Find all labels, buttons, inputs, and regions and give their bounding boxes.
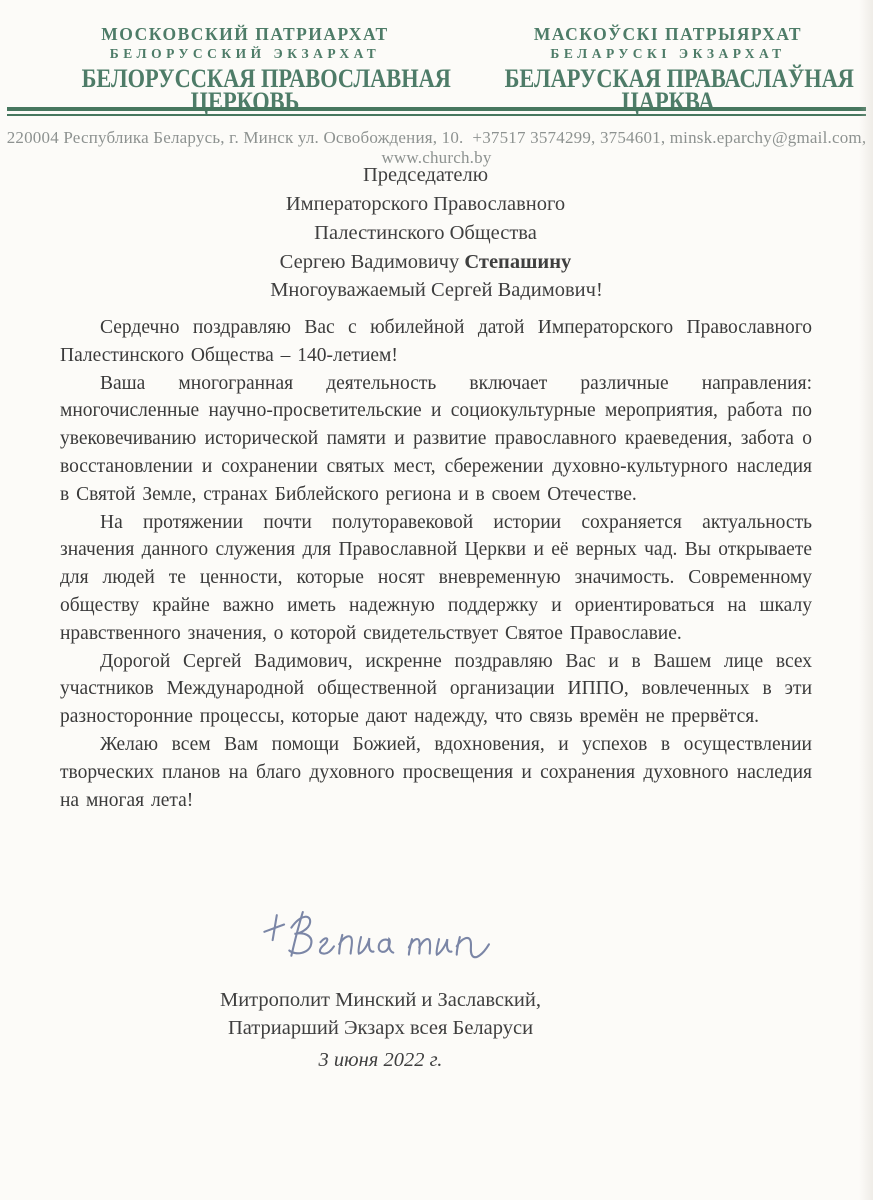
letter-page: МОСКОВСКИЙ ПАТРИАРХАТ БЕЛОРУССКИЙ ЭКЗАРХ… (0, 0, 873, 1200)
letterhead-ru-exarchate: БЕЛОРУССКИЙ ЭКЗАРХАТ (55, 45, 435, 62)
letterhead-rule-thin (7, 114, 866, 116)
signature-ink-strokes (256, 900, 516, 974)
letterhead-ru-patriarchate: МОСКОВСКИЙ ПАТРИАРХАТ (55, 24, 435, 44)
signoff-title-line2: Патриарший Экзарх всея Беларуси (0, 1014, 817, 1042)
paragraph-4: Дорогой Сергей Вадимович, искренне поздр… (60, 648, 812, 731)
handwritten-signature (256, 900, 516, 974)
recipient-name-line: Сергею Вадимовичу Степашину (0, 248, 862, 277)
signoff-title-line1: Митрополит Минский и Заславский, (0, 986, 817, 1014)
recipient-block: Председателю Императорского Православног… (0, 161, 862, 277)
signoff-block: Митрополит Минский и Заславский, Патриар… (0, 986, 817, 1042)
letter-date: 3 июня 2022 г. (0, 1049, 817, 1072)
letterhead-belarusian: МАСКОЎСКІ ПАТРЫЯРХАТ БЕЛАРУСКІ ЭКЗАРХАТ … (478, 24, 858, 113)
letterhead-by-patriarchate: МАСКОЎСКІ ПАТРЫЯРХАТ (478, 24, 858, 44)
letter-body: Сердечно поздравляю Вас с юбилейной дато… (60, 314, 812, 814)
paragraph-1: Сердечно поздравляю Вас с юбилейной дато… (60, 314, 812, 370)
paragraph-3: На протяжении почти полуторавековой исто… (60, 509, 812, 648)
paragraph-5: Желаю всем Вам помощи Божией, вдохновени… (60, 731, 812, 814)
letterhead-rule-thick (7, 107, 866, 111)
paragraph-2: Ваша многогранная деятельность включает … (60, 370, 812, 509)
recipient-title: Председателю (0, 161, 862, 190)
recipient-name-bold: Степашину (464, 251, 571, 273)
salutation: Многоуважаемый Сергей Вадимович! (0, 279, 873, 302)
letterhead-by-exarchate: БЕЛАРУСКІ ЭКЗАРХАТ (478, 45, 858, 62)
recipient-org-line1: Императорского Православного (0, 190, 862, 219)
recipient-name-regular: Сергею Вадимовичу (280, 251, 460, 273)
letterhead-russian: МОСКОВСКИЙ ПАТРИАРХАТ БЕЛОРУССКИЙ ЭКЗАРХ… (55, 24, 435, 113)
recipient-org-line2: Палестинского Общества (0, 219, 862, 248)
